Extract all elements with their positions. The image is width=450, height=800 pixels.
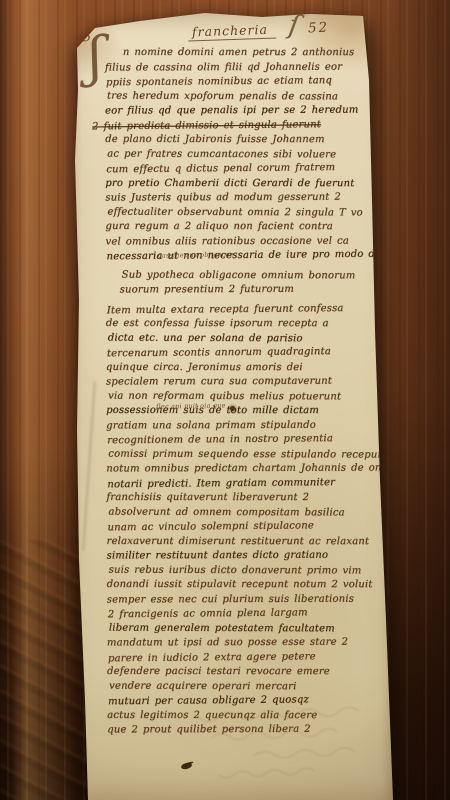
manuscript-line: defendere pacisci testari revocare emere — [107, 665, 371, 680]
photo-scene: ʒ ʃ francheria ſ 52 n nomine domini amen… — [0, 0, 450, 800]
manuscript-line: parere in iudicio 2 extra agere petere — [108, 649, 372, 666]
manuscript-lines: n nomine domini amen petrus 2 anthoniusf… — [105, 46, 371, 738]
paper-shadow-wrap: ʒ ʃ francheria ſ 52 n nomine domini amen… — [0, 0, 450, 800]
manuscript-line: notarii predicti. Item gratiam communite… — [107, 475, 371, 492]
interline-note: flec ani puit oia que — [156, 401, 226, 410]
manuscript-line: Sub ypotheca obligacone omnium bonorum — [122, 268, 372, 283]
manuscript-line: de est confessa fuisse ipsorum recepta a — [106, 317, 370, 332]
manuscript-line: 2 fuit predicta dimissio et singula fuer… — [92, 117, 370, 134]
manuscript-line: unam ac vinculo solempni stipulacone — [107, 519, 371, 536]
manuscript-line: de plano dicti Jabironis fuisse Johannem — [105, 133, 369, 148]
manuscript-line: relaxaverunt dimiserunt restituerunt ac … — [107, 534, 371, 549]
swash-flourish: ſ — [287, 9, 302, 41]
manuscript-line: effectualiter observabunt omnia 2 singul… — [107, 205, 371, 220]
manuscript-line: ppiis spontaneis nominibus ac etiam tanq — [106, 74, 370, 91]
manuscript-line: franchisiis quitaverunt liberaverunt 2 — [106, 491, 370, 506]
manuscript-paper: ʒ ʃ francheria ſ 52 n nomine domini amen… — [62, 6, 398, 800]
paper-crease — [82, 381, 96, 551]
manuscript-line: notum omnibus predictam chartam Johannis… — [106, 462, 370, 477]
manuscript-line: quinque circa. Jeronimus amoris dei — [106, 360, 370, 375]
initial-flourish: ʃ — [86, 30, 104, 85]
manuscript-line: specialem rerum cura sua computaverunt — [106, 375, 370, 390]
manuscript-line: suorum presentium 2 futurorum — [120, 283, 370, 298]
manuscript-line: eor filius qd que penalis ipi per se 2 h… — [105, 104, 369, 119]
manuscript-line: donandi iussit stipulavit recepunt notum… — [107, 578, 371, 593]
ink-spot — [230, 406, 235, 411]
bleed-through-marks — [116, 693, 370, 794]
manuscript-line: necessaria ut non necessaria de iure pro… — [106, 248, 370, 265]
manuscript-line: cum effectu q dictus penal corum fratrem — [106, 161, 370, 178]
manuscript-line: recognitionem de una in nostro presentia — [107, 432, 371, 449]
page-title: francheria — [188, 21, 277, 41]
manuscript-line: possessionem suis de toto mille dictam — [106, 404, 370, 419]
manuscript-line: liberam generalem potestatem facultatem — [109, 621, 373, 636]
manuscript-line: comissi primum sequendo esse stipulando … — [108, 447, 372, 462]
manuscript-line: tres heredum xpoforum penalis de cassina — [107, 89, 371, 104]
manuscript-line: pro pretio Chamberii dicti Gerardi de fu… — [105, 176, 369, 191]
manuscript-line: via non reformam quibus melius potuerunt — [108, 389, 372, 404]
interline-note: cassine sue obligacoe — [158, 250, 234, 259]
manuscript-line: tercenarum scontis annorum quadraginta — [107, 345, 371, 362]
folio-number: 52 — [308, 19, 330, 36]
manuscript-line: Item multa extara recepta fuerunt confes… — [107, 301, 371, 318]
manuscript-line: similiter restituunt dantes dicto gratia… — [107, 549, 371, 564]
manuscript-line: n nomine domini amen petrus 2 anthonius — [123, 46, 369, 61]
manuscript-line: suis Justeris quibus ad modum gesserunt … — [105, 191, 369, 206]
manuscript-line: 2 francigenis ac omnia plena largam — [108, 606, 372, 623]
manuscript-line: mandatum ut ipsi ad suo posse esse stare… — [107, 636, 371, 651]
manuscript-line: gura regum a 2 aliquo non facient contra — [105, 220, 369, 235]
manuscript-line: suis rebus iuribus dicto donaverunt prim… — [109, 563, 373, 578]
